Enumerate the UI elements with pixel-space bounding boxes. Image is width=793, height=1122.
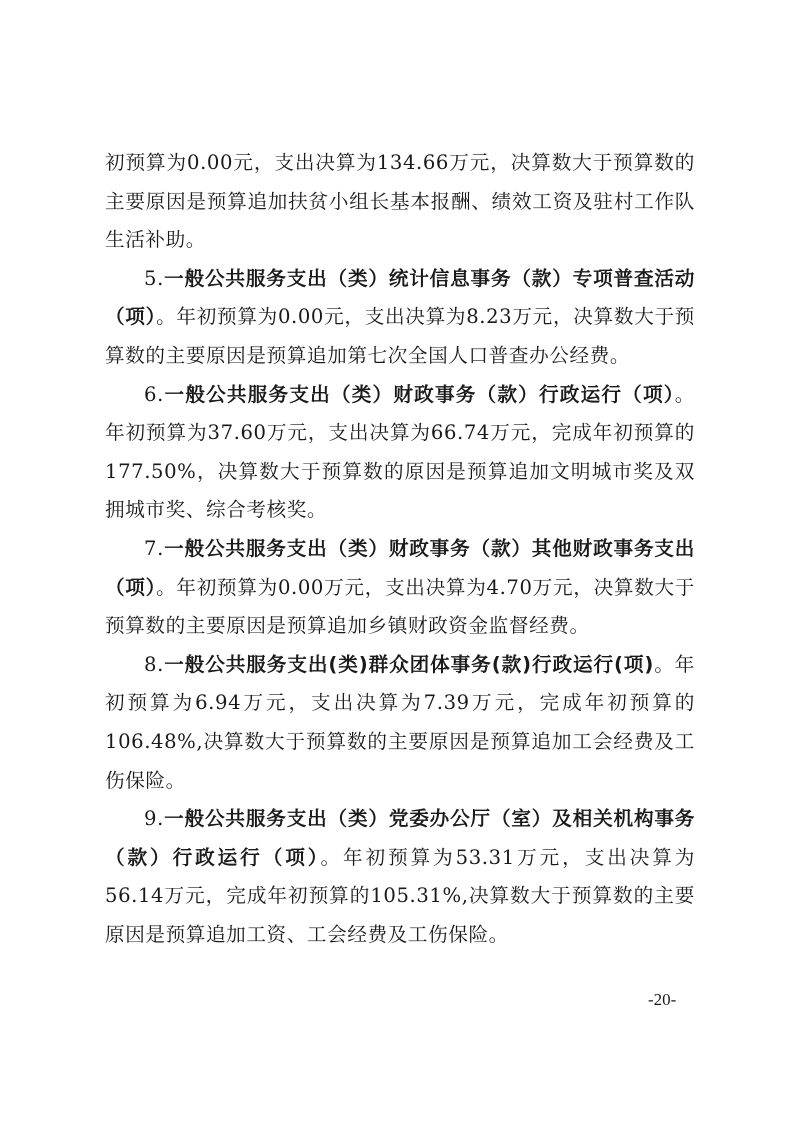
paragraph-item-5: 5.一般公共服务支出（类）统计信息事务（款）专项普查活动（项）。年初预算为0.0…: [105, 260, 695, 376]
paragraph-item-4-continuation: 初预算为0.00元，支出决算为134.66万元，决算数大于预算数的主要原因是预算…: [105, 144, 695, 260]
paragraph-item-7: 7.一般公共服务支出（类）财政事务（款）其他财政事务支出（项）。年初预算为0.0…: [105, 530, 695, 646]
paragraph-item-9: 9.一般公共服务支出（类）党委办公厅（室）及相关机构事务（款）行政运行（项）。年…: [105, 800, 695, 954]
item-heading: 一般公共服务支出(类)群众团体事务(款)行政运行(项): [164, 653, 654, 676]
paragraph-body: 初预算为0.00元，支出决算为134.66万元，决算数大于预算数的主要原因是预算…: [105, 151, 695, 251]
page-number: -20-: [648, 990, 676, 1010]
item-number: 8.: [144, 653, 164, 676]
paragraph-item-6: 6.一般公共服务支出（类）财政事务（款）行政运行（项）。年初预算为37.60万元…: [105, 376, 695, 530]
item-heading: 一般公共服务支出（类）财政事务（款）行政运行（项）: [164, 383, 675, 406]
document-page: 初预算为0.00元，支出决算为134.66万元，决算数大于预算数的主要原因是预算…: [105, 144, 695, 954]
paragraph-item-8: 8.一般公共服务支出(类)群众团体事务(款)行政运行(项)。年初预算为6.94万…: [105, 646, 695, 800]
item-number: 7.: [144, 537, 164, 560]
item-number: 5.: [144, 267, 164, 290]
paragraph-body: 。年初预算为0.00万元，支出决算为4.70万元，决算数大于预算数的主要原因是预…: [105, 576, 695, 638]
item-number: 6.: [144, 383, 164, 406]
item-number: 9.: [144, 807, 164, 830]
paragraph-body: 。年初预算为0.00元，支出决算为8.23万元，决算数大于预算数的主要原因是预算…: [105, 305, 695, 367]
